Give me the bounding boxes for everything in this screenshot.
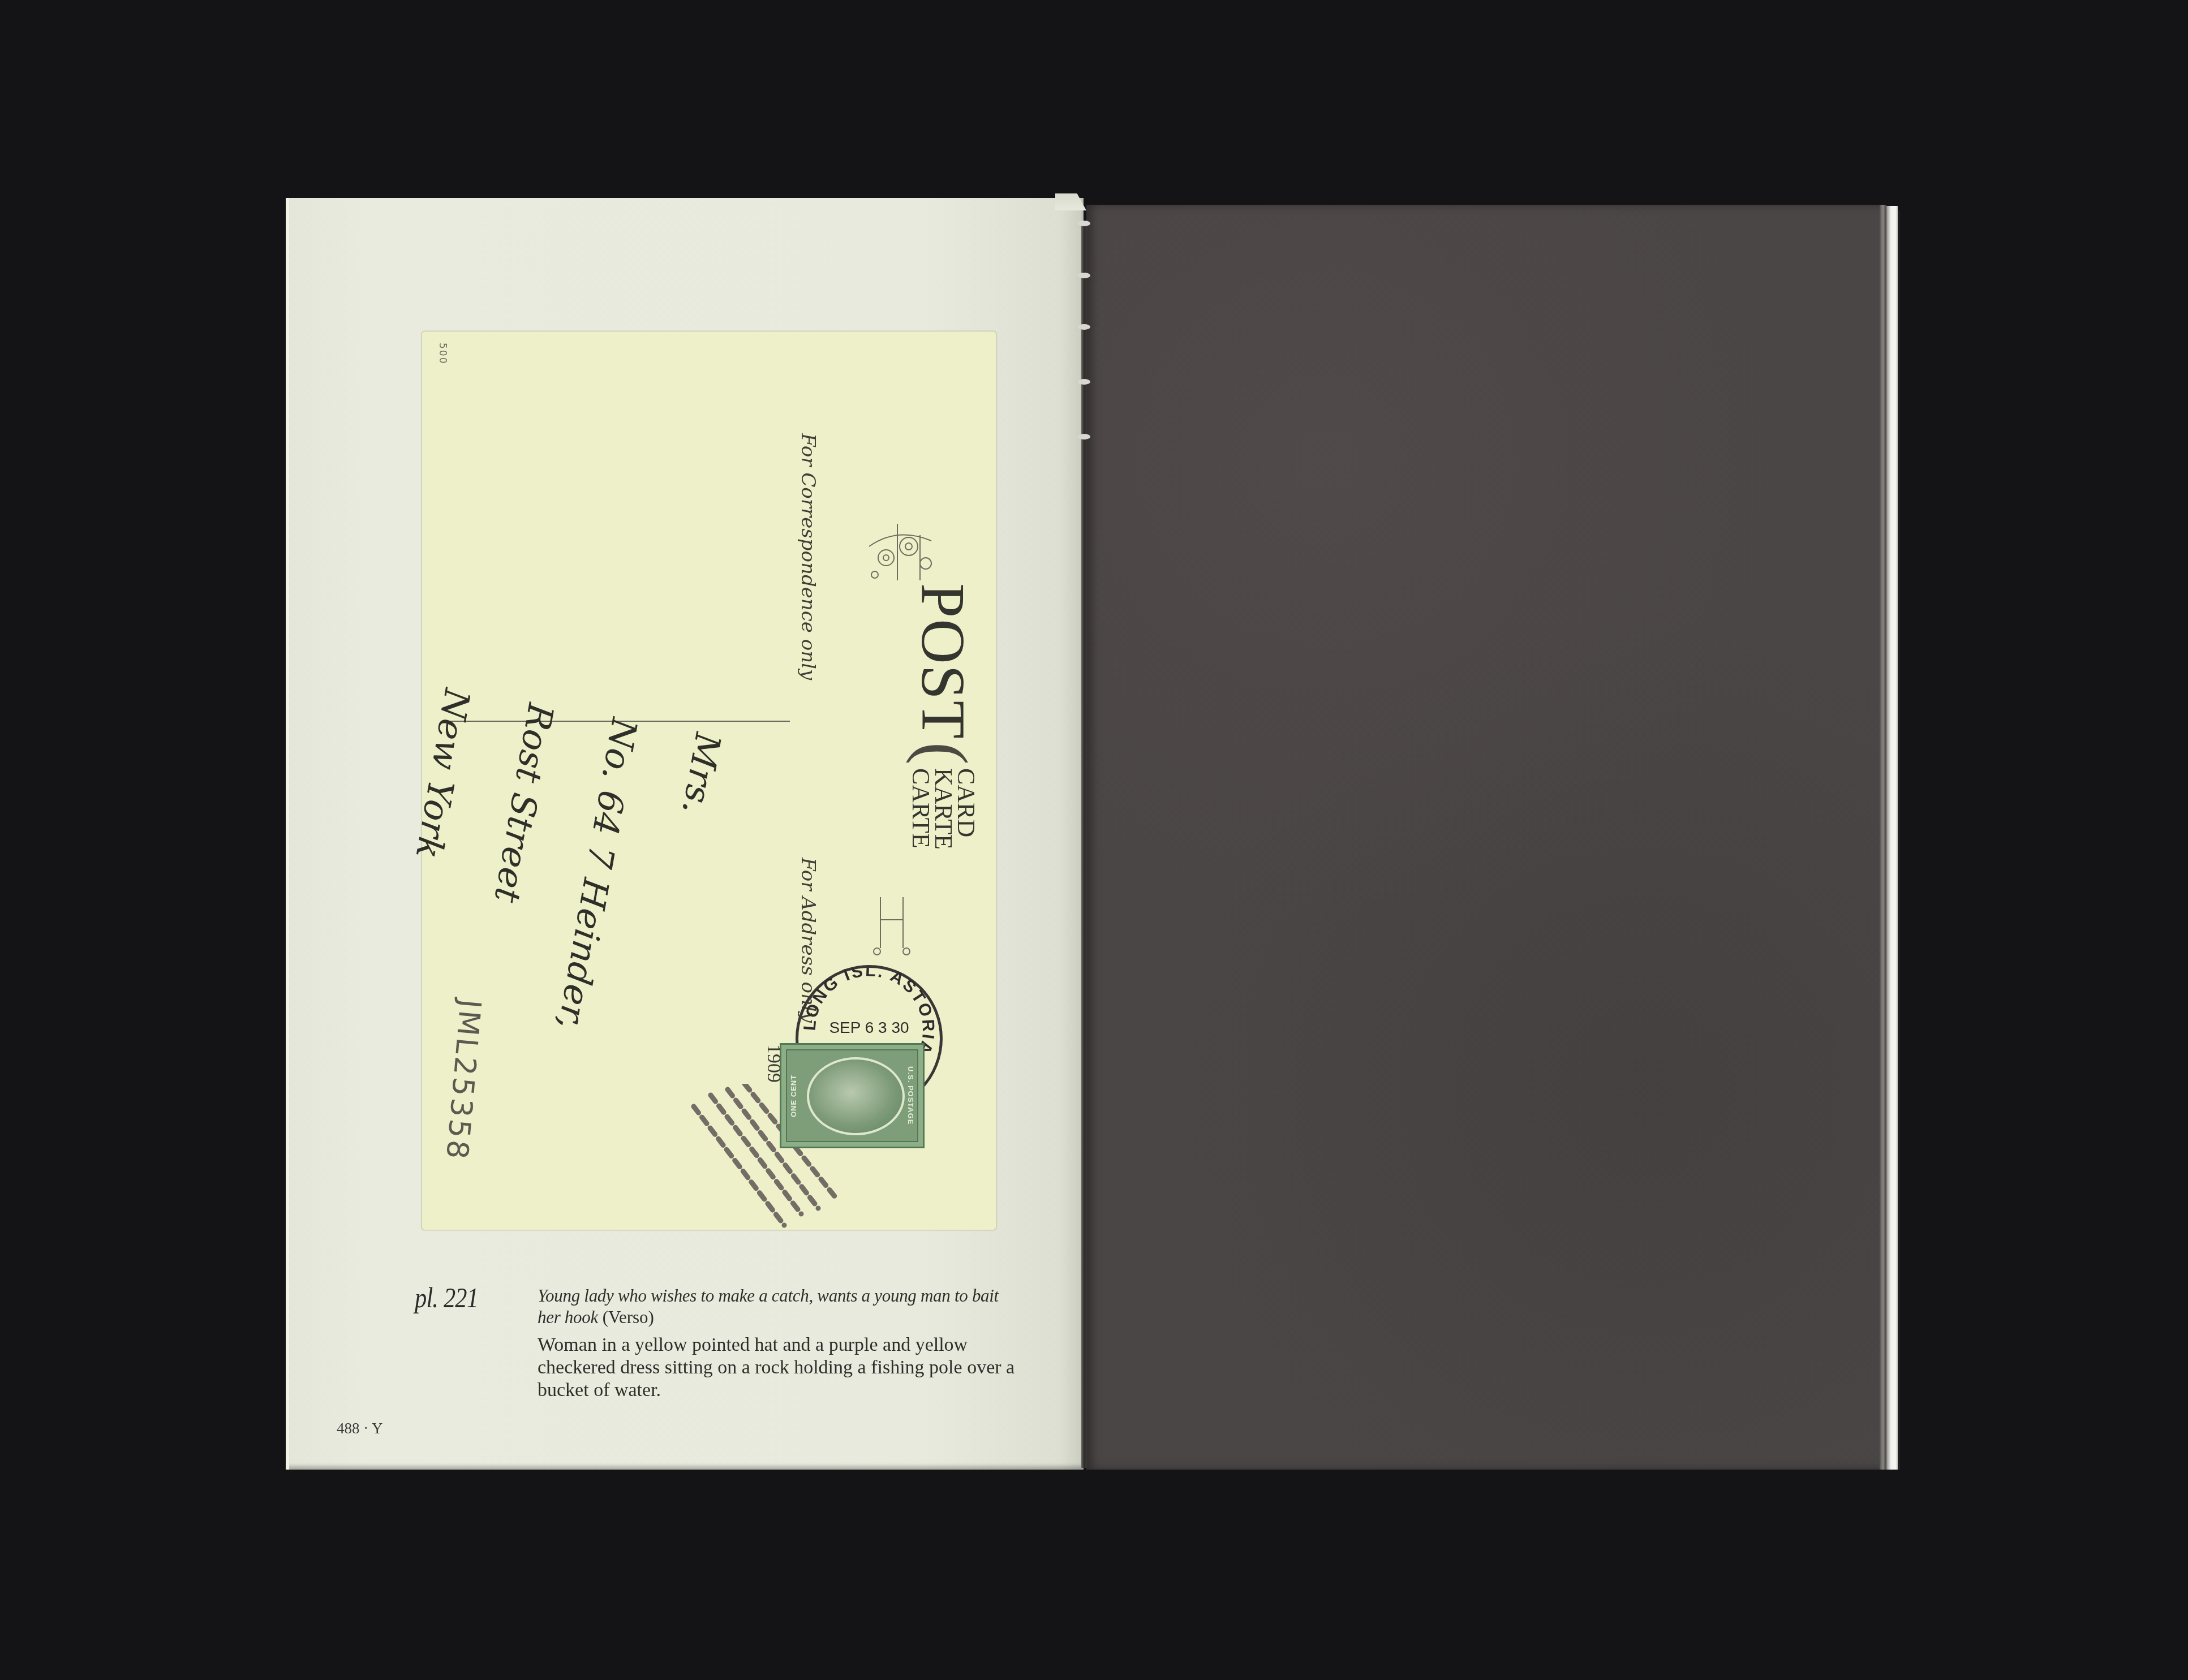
- back-cover-edge: [1886, 206, 1898, 1470]
- post-card-title: POST( CARD KARTE CARTE: [904, 583, 982, 850]
- book-spine: [1081, 223, 1087, 1468]
- stitch-icon: [1078, 379, 1090, 385]
- correspondence-label: For Correspondence only: [797, 433, 819, 680]
- stitch-icon: [1078, 273, 1090, 278]
- edge-shadow: [1898, 210, 1900, 1470]
- caption-title: Young lady who wishes to make a catch, w…: [538, 1285, 1024, 1328]
- stitch-icon: [1078, 221, 1090, 226]
- stitch-icon: [1078, 324, 1090, 330]
- right-page-edge: [1880, 205, 1886, 1470]
- postcard-verso: 500 POST( CARD KARTE CARTE: [422, 331, 996, 1230]
- book-spread: 500 POST( CARD KARTE CARTE: [0, 0, 2188, 1680]
- postage-stamp: ONE CENT U.S. POSTAGE: [780, 1043, 925, 1148]
- left-page: 500 POST( CARD KARTE CARTE: [286, 198, 1084, 1470]
- handwritten-address: Mrs. No. 64 7 Heinder, Rost Street New Y…: [361, 682, 750, 1051]
- caption-description: Woman in a yellow pointed hat and a purp…: [538, 1334, 1024, 1402]
- plate-number: pl. 221: [415, 1281, 478, 1314]
- stamp-country-label: U.S. POSTAGE: [904, 1056, 915, 1135]
- card-number: 500: [437, 343, 448, 364]
- plate-caption: Young lady who wishes to make a catch, w…: [538, 1285, 1024, 1402]
- flourish-ornament-bottom-icon: [869, 897, 914, 959]
- flourish-ornament-icon: [863, 524, 943, 586]
- page-corner: [1055, 193, 1086, 210]
- archive-number: JML25358: [439, 998, 487, 1162]
- stamp-value-label: ONE CENT: [789, 1056, 801, 1135]
- right-page-dark: [1086, 205, 1884, 1470]
- page-number: 488 · Y: [337, 1420, 383, 1437]
- svg-text:SEP 6 3 30: SEP 6 3 30: [829, 1019, 909, 1036]
- stitch-icon: [1078, 434, 1090, 440]
- portrait-stamp-icon: [807, 1057, 905, 1135]
